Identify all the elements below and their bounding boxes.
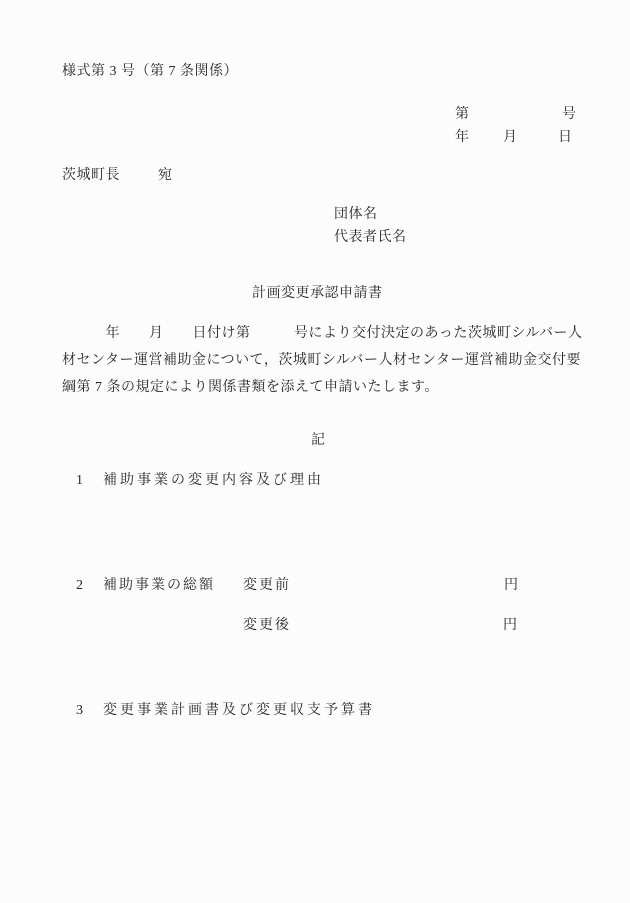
item2-before-label: 変更前 — [243, 578, 291, 594]
representative-name-label: 代表者氏名 — [334, 230, 407, 246]
body-line-3: 綱第 7 条の規定により関係書類を添えて申請いたします。 — [62, 380, 439, 396]
item2-label: 補助事業の総額 — [103, 578, 215, 594]
date-year-label: 年 — [455, 130, 470, 146]
body-line-1: 年 月 日付け第 号により交付決定のあった茨城町シルバー人 — [62, 326, 583, 342]
item2-number: 2 — [76, 578, 84, 594]
addressee-honorific: 宛 — [158, 168, 173, 184]
org-name-label: 団体名 — [334, 207, 378, 223]
item3-label: 変更事業計画書及び変更収支予算書 — [103, 703, 375, 719]
date-month-label: 月 — [503, 130, 518, 146]
doc-number-prefix: 第 — [455, 107, 470, 123]
date-day-label: 日 — [558, 130, 573, 146]
item2-after-unit: 円 — [503, 618, 518, 634]
record-marker: 記 — [311, 433, 326, 449]
document-page: 様式第 3 号（第 7 条関係） 第 号 年 月 日 茨城町長 宛 団体名 代表… — [0, 0, 630, 903]
item1-number: 1 — [76, 473, 84, 489]
doc-number-suffix: 号 — [562, 107, 577, 123]
item2-after-label: 変更後 — [243, 618, 291, 634]
addressee-name: 茨城町長 — [62, 168, 120, 184]
document-title: 計画変更承認申請書 — [252, 286, 383, 302]
body-line-2: 材センター運営補助金について，茨城町シルバー人材センター運営補助金交付要 — [62, 353, 581, 369]
item1-label: 補助事業の変更内容及び理由 — [103, 473, 324, 489]
item2-before-unit: 円 — [504, 578, 519, 594]
item3-number: 3 — [76, 703, 84, 719]
form-number-label: 様式第 3 号（第 7 条関係） — [62, 64, 238, 80]
